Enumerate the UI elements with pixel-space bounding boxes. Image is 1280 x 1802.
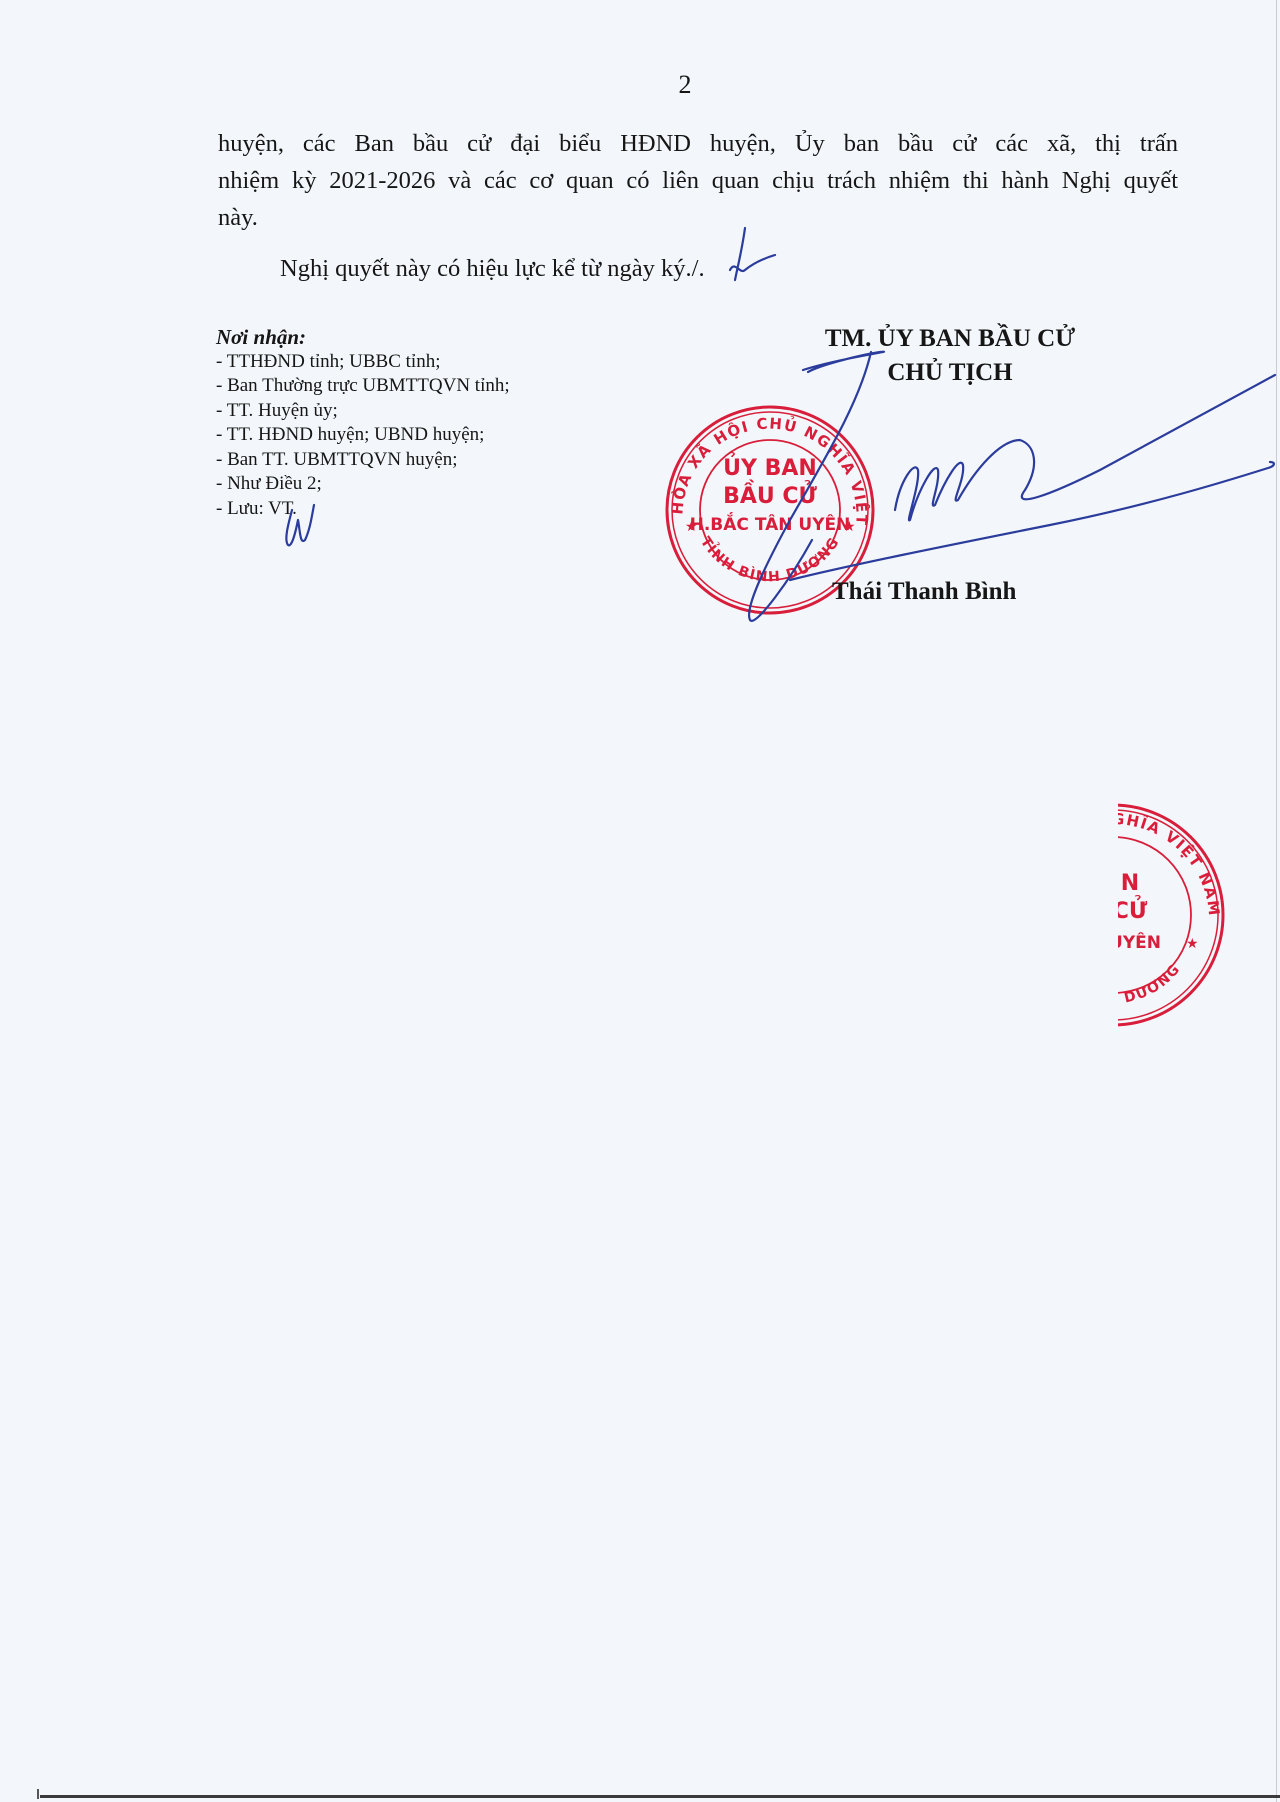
page-bottom-rule <box>40 1795 1280 1798</box>
page-bottom-tick <box>37 1789 39 1799</box>
handwritten-signature-icon <box>0 0 1280 1802</box>
